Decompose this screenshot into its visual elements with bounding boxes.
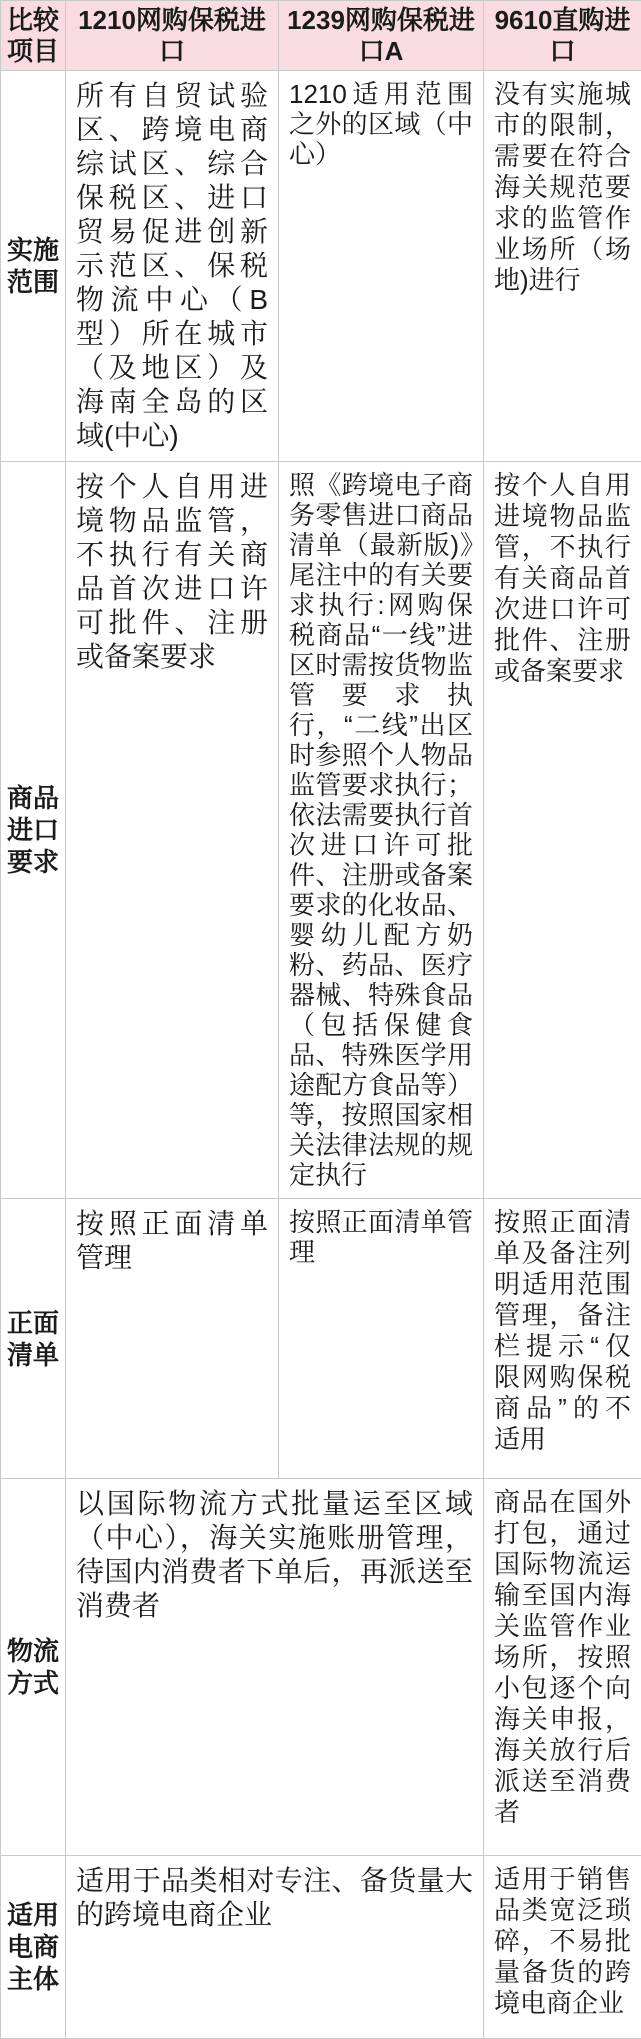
cell-logistics-9610: 商品在国外打包，通过国际物流运输至国内海关监管作业场所，按照小包逐个向海关申报，… xyxy=(484,1479,641,1856)
row-logistics-mode: 物流方式 以国际物流方式批量运至区域（中心），海关实施账册管理，待国内消费者下单… xyxy=(1,1479,641,1856)
header-9610: 9610直购进口 xyxy=(484,1,641,71)
row-positive-list: 正面清单 按照正面清单管理 按照正面清单管理 按照正面清单及备注列明适用范围管理… xyxy=(1,1199,641,1479)
row-label-implementation-scope: 实施范围 xyxy=(1,71,66,462)
cell-scope-1210: 所有自贸试验区、跨境电商综试区、综合保税区、进口贸易促进创新示范区、保税物流中心… xyxy=(66,71,279,462)
cell-scope-9610: 没有实施城市的限制，需要在符合海关规范要求的监管作业场所（场地)进行 xyxy=(484,71,641,462)
cell-positive-list-1239: 按照正面清单管理 xyxy=(279,1199,484,1479)
cell-entities-9610: 适用于销售品类宽泛琐碎，不易批量备货的跨境电商企业 xyxy=(484,1856,641,2039)
row-label-goods-import-requirements: 商品进口要求 xyxy=(1,462,66,1199)
row-implementation-scope: 实施范围 所有自贸试验区、跨境电商综试区、综合保税区、进口贸易促进创新示范区、保… xyxy=(1,71,641,462)
row-label-applicable-ecommerce-entities: 适用电商主体 xyxy=(1,1856,66,2039)
row-applicable-ecommerce-entities: 适用电商主体 适用于品类相对专注、备货量大的跨境电商企业 适用于销售品类宽泛琐碎… xyxy=(1,1856,641,2039)
comparison-table: 比较项目 1210网购保税进口 1239网购保税进口A 9610直购进口 实施范… xyxy=(0,0,641,2039)
header-compare-items: 比较项目 xyxy=(1,1,66,71)
cell-requirements-9610: 按个人自用进境物品监管，不执行有关商品首次进口许可批件、注册或备案要求 xyxy=(484,462,641,1199)
cell-requirements-1239: 照《跨境电子商务零售进口商品清单（最新版)》尾注中的有关要求执行:网购保税商品“… xyxy=(279,462,484,1199)
header-row: 比较项目 1210网购保税进口 1239网购保税进口A 9610直购进口 xyxy=(1,1,641,71)
row-goods-import-requirements: 商品进口要求 按个人自用进境物品监管，不执行有关商品首次进口许可批件、注册或备案… xyxy=(1,462,641,1199)
cell-requirements-1210: 按个人自用进境物品监管，不执行有关商品首次进口许可批件、注册或备案要求 xyxy=(66,462,279,1199)
cell-entities-1210-1239-merged: 适用于品类相对专注、备货量大的跨境电商企业 xyxy=(66,1856,484,2039)
cell-positive-list-1210: 按照正面清单管理 xyxy=(66,1199,279,1479)
header-1210: 1210网购保税进口 xyxy=(66,1,279,71)
cell-scope-1239: 1210适用范围之外的区域（中心） xyxy=(279,71,484,462)
cell-logistics-1210-1239-merged: 以国际物流方式批量运至区域（中心），海关实施账册管理，待国内消费者下单后，再派送… xyxy=(66,1479,484,1856)
header-1239: 1239网购保税进口A xyxy=(279,1,484,71)
row-label-positive-list: 正面清单 xyxy=(1,1199,66,1479)
row-label-logistics-mode: 物流方式 xyxy=(1,1479,66,1856)
cell-positive-list-9610: 按照正面清单及备注列明适用范围管理，备注栏提示“仅限网购保税商品”的不适用 xyxy=(484,1199,641,1479)
